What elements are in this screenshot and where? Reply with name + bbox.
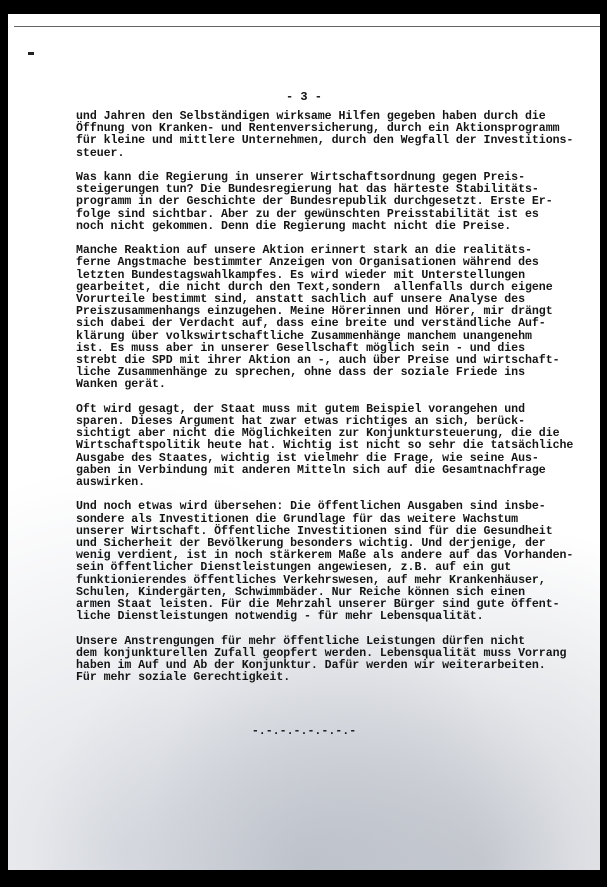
document-body: und Jahren den Selbständigen wirksame Hi… <box>76 111 606 697</box>
paragraph: Oft wird gesagt, der Staat muss mit gute… <box>76 404 606 489</box>
paragraph: Was kann die Regierung in unserer Wirtsc… <box>76 172 606 233</box>
page-number: - 3 - <box>8 90 600 104</box>
scanned-page: - 3 - und Jahren den Selbständigen wirks… <box>8 14 600 870</box>
scan-artifact-mark <box>28 52 34 55</box>
closing-mark: -.-.-.-.-.-.-.- <box>8 725 600 738</box>
paragraph: Und noch etwas wird übersehen: Die öffen… <box>76 501 606 623</box>
paragraph: Unsere Anstrengungen für mehr öffentlich… <box>76 636 606 685</box>
paragraph: und Jahren den Selbständigen wirksame Hi… <box>76 111 606 160</box>
paragraph: Manche Reaktion auf unsere Aktion erinne… <box>76 245 606 391</box>
scan-artifact-line <box>14 26 600 27</box>
